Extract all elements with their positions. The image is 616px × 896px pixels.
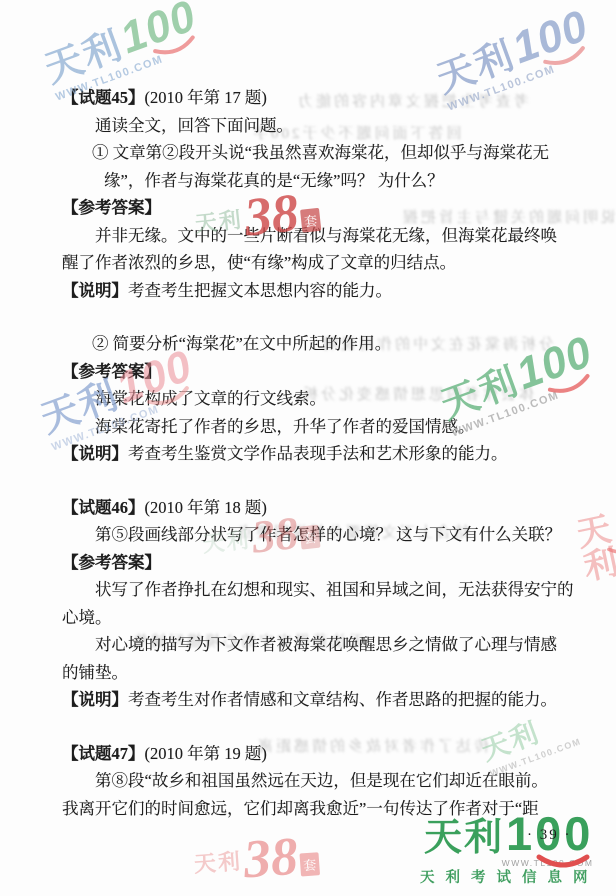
header-suffix: 考查考生对作者情感和文章结构、作者思路的把握的能力。 (128, 690, 557, 709)
text-line: 的铺垫。 (62, 659, 564, 687)
bracket-label: 【参考答案】 (62, 198, 161, 217)
text-line: 对心境的描写为下文作者被海棠花唤醒思乡之情做了心理与情感 (62, 631, 564, 659)
watermark-tao-text: 套 (300, 852, 321, 876)
watermark-tianli-partial: 天利 (574, 511, 616, 586)
header-suffix: 考查考生鉴赏文学作品表现手法和艺术形象的能力。 (128, 444, 508, 463)
watermark-100-text: 100 (507, 4, 594, 71)
bracket-label: 【试题45】 (62, 88, 145, 107)
exam-text-block: 【试题45】(2010 年第 17 题) 通读全文，回答下面问题。 ① 文章第②… (62, 84, 564, 822)
section-header: 【说明】考查考生鉴赏文学作品表现手法和艺术形象的能力。 (62, 440, 564, 468)
site-name-text: 天利考试信息网 (420, 866, 599, 887)
smile-arc-icon (607, 540, 616, 559)
bracket-label: 【参考答案】 (62, 553, 161, 572)
section-header: 【说明】考查考生对作者情感和文章结构、作者思路的把握的能力。 (62, 686, 564, 714)
section-header: 【试题45】(2010 年第 17 题) (62, 84, 564, 112)
text-line: 心境。 (62, 604, 564, 632)
bracket-label: 【说明】 (62, 690, 128, 709)
watermark-tianli-text: 天利 (193, 844, 243, 878)
watermark-tianli-text: 天利 (574, 511, 616, 586)
logo-tianli-text: 天利 (424, 819, 504, 857)
text-line: 缘”，作者与海棠花真的是“无缘”吗？ 为什么？ (62, 167, 564, 195)
header-suffix: (2010 年第 17 题) (145, 88, 267, 107)
text-line: ② 简要分析“海棠花”在文中所起的作用。 (62, 330, 564, 358)
text-line: 第⑤段画线部分状写了作者怎样的心境？ 这与下文有什么关联？ (62, 521, 564, 549)
text-line: 醒了作者浓烈的乡思，使“有缘”构成了文章的归结点。 (62, 249, 564, 277)
header-suffix: (2010 年第 19 题) (145, 744, 267, 763)
section-header: 【参考答案】 (62, 358, 564, 386)
bracket-label: 【试题46】 (62, 498, 145, 517)
smile-arc-icon (542, 44, 590, 73)
watermark-tianli-text: 天利 (40, 26, 128, 89)
watermark-100-text: 100 (115, 0, 202, 61)
text-line: 海棠花构成了文章的行文线索。 (62, 385, 564, 413)
smile-arc-icon (152, 33, 200, 62)
header-suffix: (2010 年第 18 题) (145, 498, 267, 517)
watermark-tianli38: 天利 38 套 (192, 827, 320, 890)
bracket-label: 【参考答案】 (62, 362, 161, 381)
smile-arc-icon (535, 854, 591, 870)
text-line: 并非无缘。文中的一些片断看似与海棠花无缘，但海棠花最终唤 (62, 222, 564, 250)
text-line: 我离开它们的时间愈远，它们却离我愈近”一句传达了作者对于“距 (62, 795, 564, 823)
section-header: 【参考答案】 (62, 194, 564, 222)
text-line: 第⑧段“故乡和祖国虽然远在天边，但是现在它们却近在眼前。 (62, 767, 564, 795)
scanned-test-page: { "branding": { "tianli": "天利", "hundred… (0, 0, 616, 896)
text-line: 通读全文，回答下面问题。 (62, 112, 564, 140)
bracket-label: 【试题47】 (62, 744, 145, 763)
section-header: 【说明】考查考生把握文本思想内容的能力。 (62, 277, 564, 305)
text-line: ① 文章第②段开头说“我虽然喜欢海棠花，但却似乎与海棠花无 (62, 139, 564, 167)
header-suffix: 考查考生把握文本思想内容的能力。 (128, 281, 392, 300)
text-line: 状写了作者挣扎在幻想和现实、祖国和异域之间，无法获得安宁的 (62, 576, 564, 604)
page-number: · 39 · (527, 827, 572, 844)
section-header: 【试题47】(2010 年第 19 题) (62, 740, 564, 768)
bracket-label: 【说明】 (62, 444, 128, 463)
text-line: 海棠花寄托了作者的乡思，升华了作者的爱国情感。 (62, 413, 564, 441)
watermark-38-text: 38 (242, 829, 300, 887)
logo-url-text: WWW.TL100.COM (424, 858, 593, 868)
bracket-label: 【说明】 (62, 281, 128, 300)
section-header: 【试题46】(2010 年第 18 题) (62, 494, 564, 522)
section-header: 【参考答案】 (62, 549, 564, 577)
